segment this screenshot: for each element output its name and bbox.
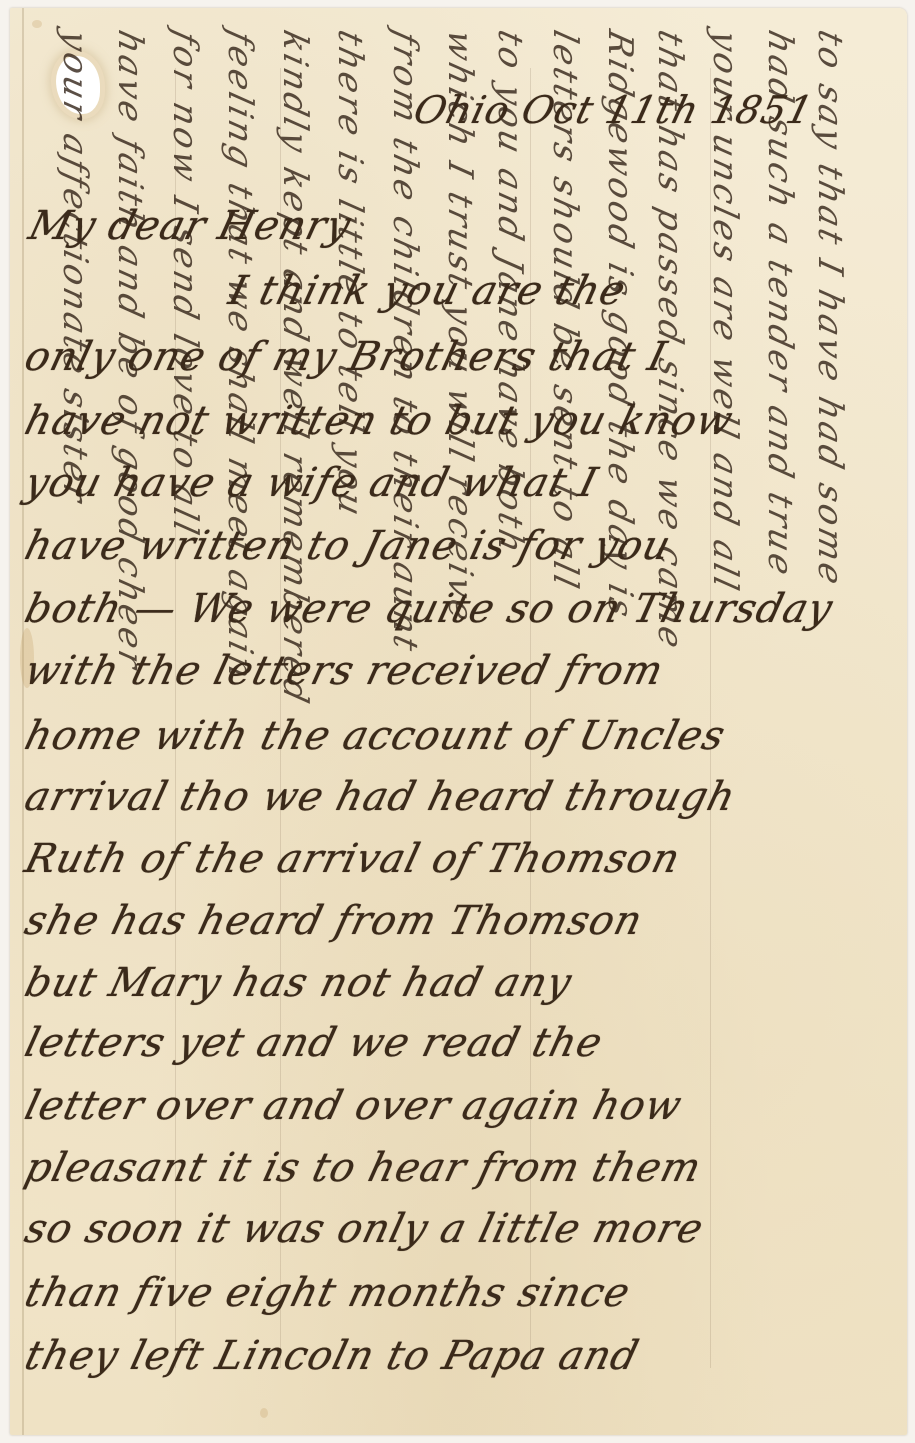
letter-line: she has heard from Thomson — [20, 898, 647, 944]
paper-tear-hole — [56, 56, 100, 114]
letter-line: pleasant it is to hear from them — [20, 1145, 706, 1191]
letter-line: have not written to but you know — [20, 398, 738, 444]
letter-line: home with the account of Uncles — [20, 713, 730, 759]
letter-date: Ohio Oct 11th 1851 — [410, 88, 818, 132]
letter-sheet: to say that I have had some had such a t… — [10, 8, 907, 1435]
letter-line: than five eight months since — [20, 1270, 635, 1316]
age-stain — [260, 1408, 268, 1418]
cross-writing-column: to say that I have had some — [810, 26, 850, 592]
letter-line: I think you are the — [224, 268, 630, 314]
letter-line: both — We were quite so on Thursday — [20, 586, 837, 632]
letter-line: they left Lincoln to Papa and — [20, 1333, 643, 1379]
letter-line: with the letters received from — [20, 648, 668, 694]
ink-stain — [32, 20, 42, 28]
letter-line: letters yet and we read the — [20, 1020, 607, 1066]
letter-line: arrival tho we had heard through — [20, 774, 740, 820]
letter-line: but Mary has not had any — [20, 960, 576, 1006]
letter-line: so soon it was only a little more — [20, 1206, 708, 1252]
letter-line: have written to Jane is for you — [20, 523, 676, 569]
letter-line: only one of my Brothers that I — [20, 334, 671, 380]
letter-salutation: My dear Henry — [24, 203, 356, 249]
letter-line: letter over and over again how — [20, 1083, 687, 1129]
letter-line: Ruth of the arrival of Thomson — [20, 836, 685, 882]
paper-fold-edge — [22, 8, 24, 1435]
letter-line: you have a wife and what I — [20, 460, 602, 506]
